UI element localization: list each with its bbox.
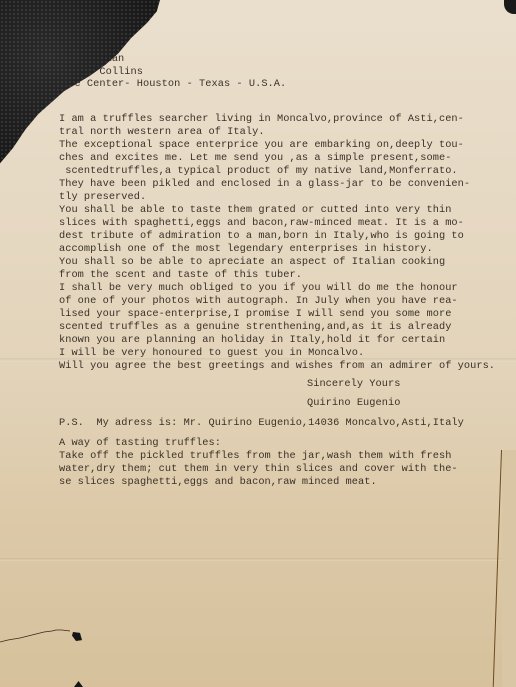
closing: Sincerely Yours [307, 379, 400, 389]
body-line: You shall so be able to apreciate an asp… [59, 257, 445, 267]
signature: Quirino Eugenio [307, 398, 400, 408]
body-line: of one of your photos with autograph. In… [59, 296, 458, 306]
body-line: lised your space-enterprise,I promise I … [59, 309, 451, 319]
body-line: scentedtruffles,a typical product of my … [59, 166, 458, 176]
body-line: scented truffles as a genuine strentheni… [59, 322, 451, 332]
body-line: I am a truffles searcher living in Monca… [59, 114, 464, 124]
body-line: They have been pikled and enclosed in a … [59, 179, 470, 189]
postscript: P.S. My adress is: Mr. Quirino Eugenio,1… [59, 418, 464, 428]
letter-text: spaceman nel Collins ace Center- Houston… [0, 0, 516, 687]
address-line: ace Center- Houston - Texas - U.S.A. [62, 79, 286, 89]
body-line: slices with spaghetti,eggs and bacon,raw… [59, 218, 464, 228]
recipe-line: water,dry them; cut them in very thin sl… [59, 464, 458, 474]
recipe-line: se slices spaghetti,eggs and bacon,raw m… [59, 477, 377, 487]
body-line: ches and excites me. Let me send you ,as… [59, 153, 451, 163]
body-line: known you are planning an holiday in Ita… [59, 335, 445, 345]
body-line: tral north western area of Italy. [59, 127, 265, 137]
body-line: I will be very honoured to guest you in … [59, 348, 364, 358]
recipe-title: A way of tasting truffles: [59, 438, 221, 448]
body-line: accomplish one of the most legendary ent… [59, 244, 433, 254]
body-line: I shall be very much obliged to you if y… [59, 283, 458, 293]
body-line: dest tribute of admiration to a man,born… [59, 231, 464, 241]
body-line: Will you agree the best greetings and wi… [59, 361, 495, 371]
recipe-line: Take off the pickled truffles from the j… [59, 451, 451, 461]
body-line: from the scent and taste of this tuber. [59, 270, 302, 280]
body-line: You shall be able to taste them grated o… [59, 205, 451, 215]
body-line: The exceptional space enterprice you are… [59, 140, 464, 150]
body-line: tly preserved. [59, 192, 146, 202]
